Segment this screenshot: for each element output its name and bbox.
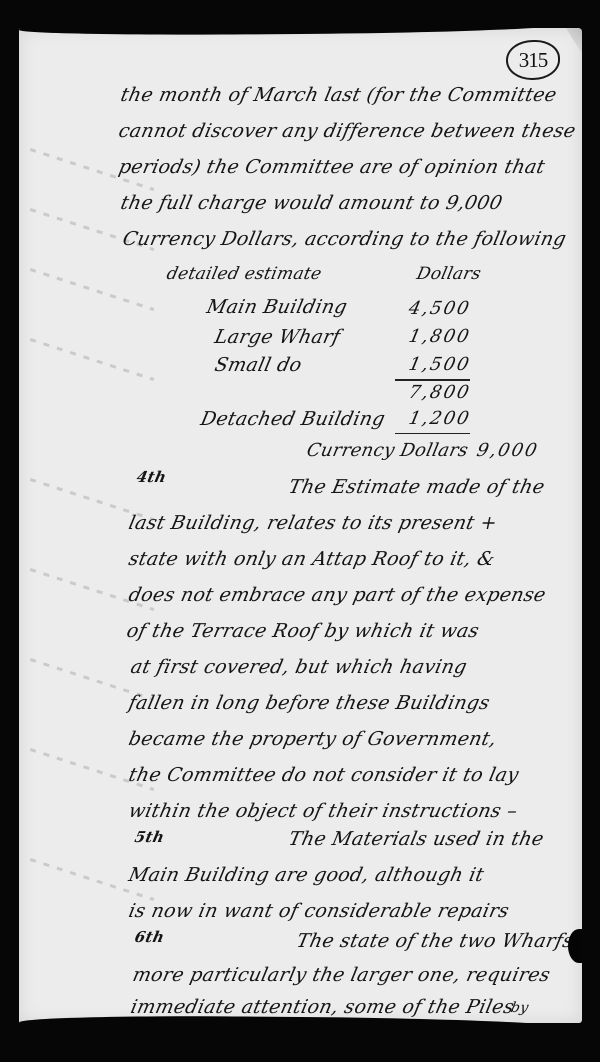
body-line: Currency Dollars, according to the follo… bbox=[121, 228, 569, 250]
section-line: The state of the two Wharfs bbox=[295, 930, 576, 952]
section-line: more particularly the larger one, requir… bbox=[131, 964, 553, 986]
folio-number-stamp: 315 bbox=[506, 40, 560, 80]
section-line: became the property of Government, bbox=[127, 728, 499, 750]
estimate-detached-amount: 1,200 bbox=[407, 408, 473, 429]
section-line: last Building, relates to its present + bbox=[127, 512, 500, 534]
estimate-item-amount: 1,500 bbox=[407, 354, 473, 375]
section-marker: 6th bbox=[133, 928, 166, 946]
bleed-through-mark bbox=[30, 268, 155, 311]
estimate-item-amount: 1,800 bbox=[407, 326, 473, 347]
body-line: the month of March last (for the Committ… bbox=[119, 84, 559, 106]
section-line: does not embrace any part of the expense bbox=[127, 584, 548, 606]
subtotal-rule bbox=[395, 379, 470, 381]
estimate-item-label: Small do bbox=[213, 354, 304, 376]
section-line: the Committee do not consider it to lay bbox=[127, 764, 521, 786]
catchword: by bbox=[509, 1000, 530, 1016]
section-line: at first covered, but which having bbox=[129, 656, 469, 678]
section-line: is now in want of considerable repairs bbox=[127, 900, 512, 922]
total-rule bbox=[395, 433, 470, 434]
section-line: Main Building are good, although it bbox=[127, 864, 486, 886]
estimate-item-amount: 4,500 bbox=[407, 298, 473, 319]
section-line: The Estimate made of the bbox=[287, 476, 547, 498]
section-line: of the Terrace Roof by which it was bbox=[125, 620, 481, 642]
section-marker: 5th bbox=[133, 828, 166, 846]
bleed-through-mark bbox=[30, 338, 155, 381]
section-line: immediate attention, some of the Piles bbox=[129, 996, 517, 1018]
estimate-detached-label: Detached Building bbox=[199, 408, 388, 430]
body-line: periods) the Committee are of opinion th… bbox=[117, 156, 547, 178]
manuscript-page: 315 the month of March last (for the Com… bbox=[19, 28, 582, 1023]
estimate-total-amount: 9,000 bbox=[475, 440, 541, 461]
binding-hole bbox=[568, 929, 582, 963]
section-line: state with only an Attap Roof to it, & bbox=[127, 548, 497, 570]
estimate-item-label: Large Wharf bbox=[213, 326, 343, 348]
body-line: cannot discover any difference between t… bbox=[117, 120, 578, 142]
estimate-column-header: Dollars bbox=[415, 264, 483, 284]
page-corner-fold bbox=[566, 28, 582, 54]
estimate-subtotal: 7,800 bbox=[407, 382, 473, 403]
scan-viewport: 315 the month of March last (for the Com… bbox=[0, 0, 600, 1062]
section-line: The Materials used in the bbox=[287, 828, 546, 850]
estimate-total-label: Currency Dollars bbox=[305, 440, 470, 461]
section-marker: 4th bbox=[135, 468, 168, 486]
section-line: within the object of their instructions … bbox=[127, 800, 520, 822]
body-line: detailed estimate bbox=[165, 264, 324, 284]
estimate-item-label: Main Building bbox=[205, 296, 350, 318]
body-line: the full charge would amount to 9,000 bbox=[119, 192, 505, 214]
section-line: fallen in long before these Buildings bbox=[127, 692, 492, 714]
